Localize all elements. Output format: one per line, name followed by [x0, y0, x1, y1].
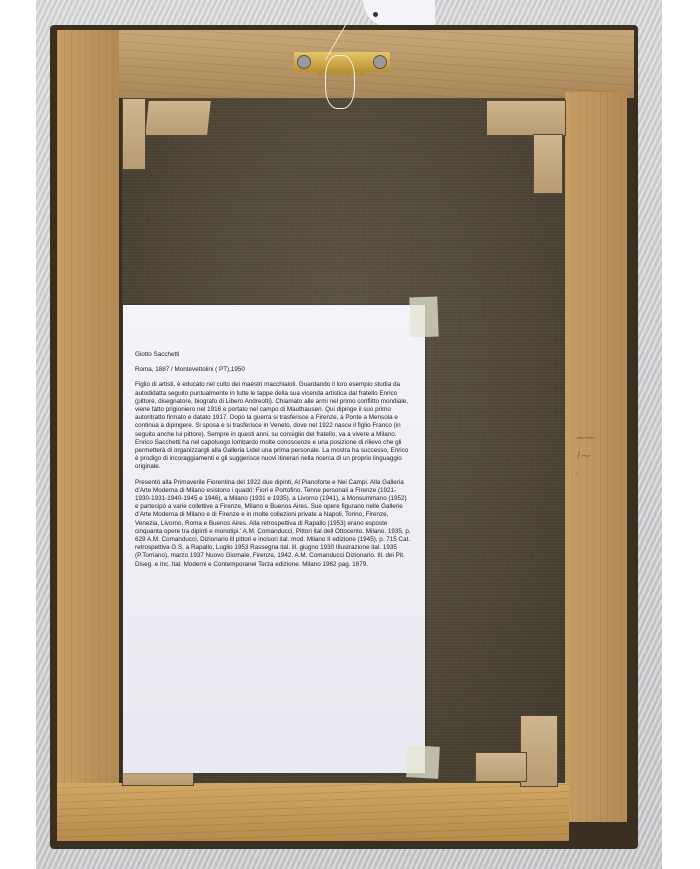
corner-key: [486, 100, 566, 136]
exhibitions-paragraph: Presentò alla Primaverile Fiorentina del…: [135, 479, 411, 569]
stretcher-bar-left: [57, 30, 119, 815]
stretcher-bar-bottom: [57, 783, 569, 841]
corner-key: [533, 134, 563, 194]
biography-sheet: Giotto Sacchetti Roma, 1887 / Montevetto…: [123, 305, 425, 773]
masking-tape: [406, 745, 440, 779]
biography-paragraph: Figlio di artisti, è educato nel culto d…: [135, 381, 411, 471]
pencil-markings: ⁓⁓⌇⁓◦: [575, 430, 595, 484]
screw-icon: [297, 55, 311, 69]
screw-icon: [373, 55, 387, 69]
artist-name: Giotto Sacchetti: [135, 351, 411, 359]
tag-hole: [373, 12, 378, 17]
artist-dates: Roma, 1887 / Montevettolini ( PT),1950: [135, 366, 411, 374]
corner-key: [475, 752, 527, 782]
masking-tape: [409, 297, 438, 338]
corner-key: [144, 100, 212, 136]
corner-key: [122, 98, 146, 170]
tag-string-loop: [325, 55, 355, 109]
